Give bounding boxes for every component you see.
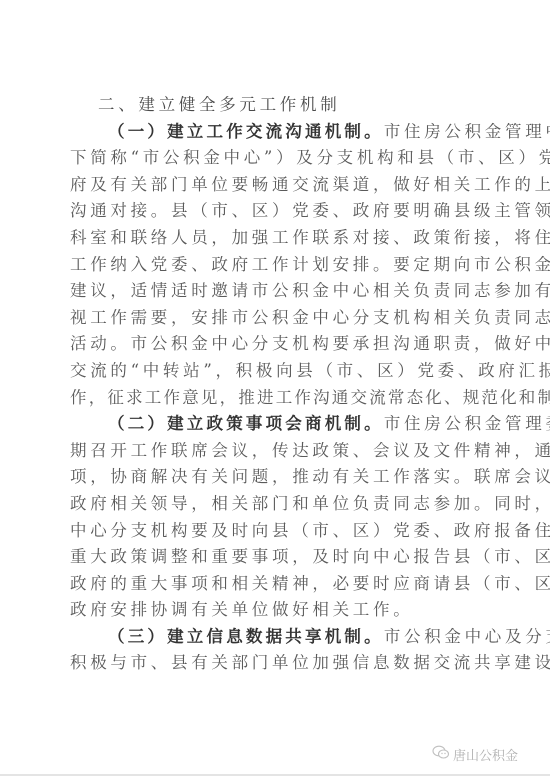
paragraph-line: 活动。市公积金中心分支机构要承担沟通职责，做好中心与地方 — [70, 331, 482, 358]
document-page: 二、建立健全多元工作机制 （一）建立工作交流沟通机制。市住房公积金管理中心（以 … — [0, 0, 550, 777]
paragraph-line: 视工作需要，安排市公积金中心分支机构相关负责同志参加有关 — [70, 305, 482, 332]
paragraph-2-first-line: （二）建立政策事项会商机制。市住房公积金管理委员会定 — [70, 411, 482, 438]
bottom-divider — [0, 774, 550, 776]
paragraph-line: 政府安排协调有关单位做好相关工作。 — [70, 597, 482, 624]
paragraph-3-first-line: （三）建立信息数据共享机制。市公积金中心及分支机构要 — [70, 624, 482, 651]
wechat-icon — [432, 745, 450, 764]
paragraph-line: 沟通对接。县（市、区）党委、政府要明确县级主管领导、联系 — [70, 198, 482, 225]
paragraph-1-title: （一）建立工作交流沟通机制。 — [108, 122, 384, 141]
paragraph-line: 交流的“中转站”，积极向县（市、区）党委、政府汇报交流工 — [70, 358, 482, 385]
paragraph-line: 期召开工作联席会议，传达政策、会议及文件精神，通报重要事 — [70, 438, 482, 465]
section-heading: 二、建立健全多元工作机制 — [70, 92, 482, 119]
paragraph-line: 重大政策调整和重要事项，及时向中心报告县（市、区）党委、 — [70, 544, 482, 571]
paragraph-line: 项，协商解决有关问题，推动有关工作落实。联席会议由市、县 — [70, 464, 482, 491]
paragraph-line: 积极与市、县有关部门单位加强信息数据交流共享建设，推动信 — [70, 650, 482, 677]
paragraph-line: 政府的重大事项和相关精神，必要时应商请县（市、区）党委、 — [70, 571, 482, 598]
paragraph-line: 府及有关部门单位要畅通交流渠道，做好相关工作的上传下达、 — [70, 172, 482, 199]
paragraph-line: 作，征求工作意见，推进工作沟通交流常态化、规范化和制度化。 — [70, 385, 482, 412]
watermark: 唐山公积金 — [432, 745, 518, 764]
paragraph-line: 工作纳入党委、政府工作计划安排。要定期向市公积金中心提出 — [70, 252, 482, 279]
paragraph-line: 科室和联络人员，加强工作联系对接、政策衔接，将住房公积金 — [70, 225, 482, 252]
paragraph-3-title: （三）建立信息数据共享机制。 — [108, 627, 384, 646]
paragraph-line: 下简称“市公积金中心”）及分支机构和县（市、区）党委、政 — [70, 145, 482, 172]
paragraph-2-title: （二）建立政策事项会商机制。 — [108, 414, 384, 433]
paragraph-line: 政府相关领导，相关部门和单位负责同志参加。同时，市公积金 — [70, 491, 482, 518]
watermark-label: 唐山公积金 — [453, 745, 518, 764]
paragraph-line: 中心分支机构要及时向县（市、区）党委、政府报备住房公积金 — [70, 518, 482, 545]
paragraph-line: 建议，适情适时邀请市公积金中心相关负责同志参加有关活动， — [70, 278, 482, 305]
document-body: 二、建立健全多元工作机制 （一）建立工作交流沟通机制。市住房公积金管理中心（以 … — [70, 92, 482, 677]
paragraph-1-first-line: （一）建立工作交流沟通机制。市住房公积金管理中心（以 — [70, 119, 482, 146]
